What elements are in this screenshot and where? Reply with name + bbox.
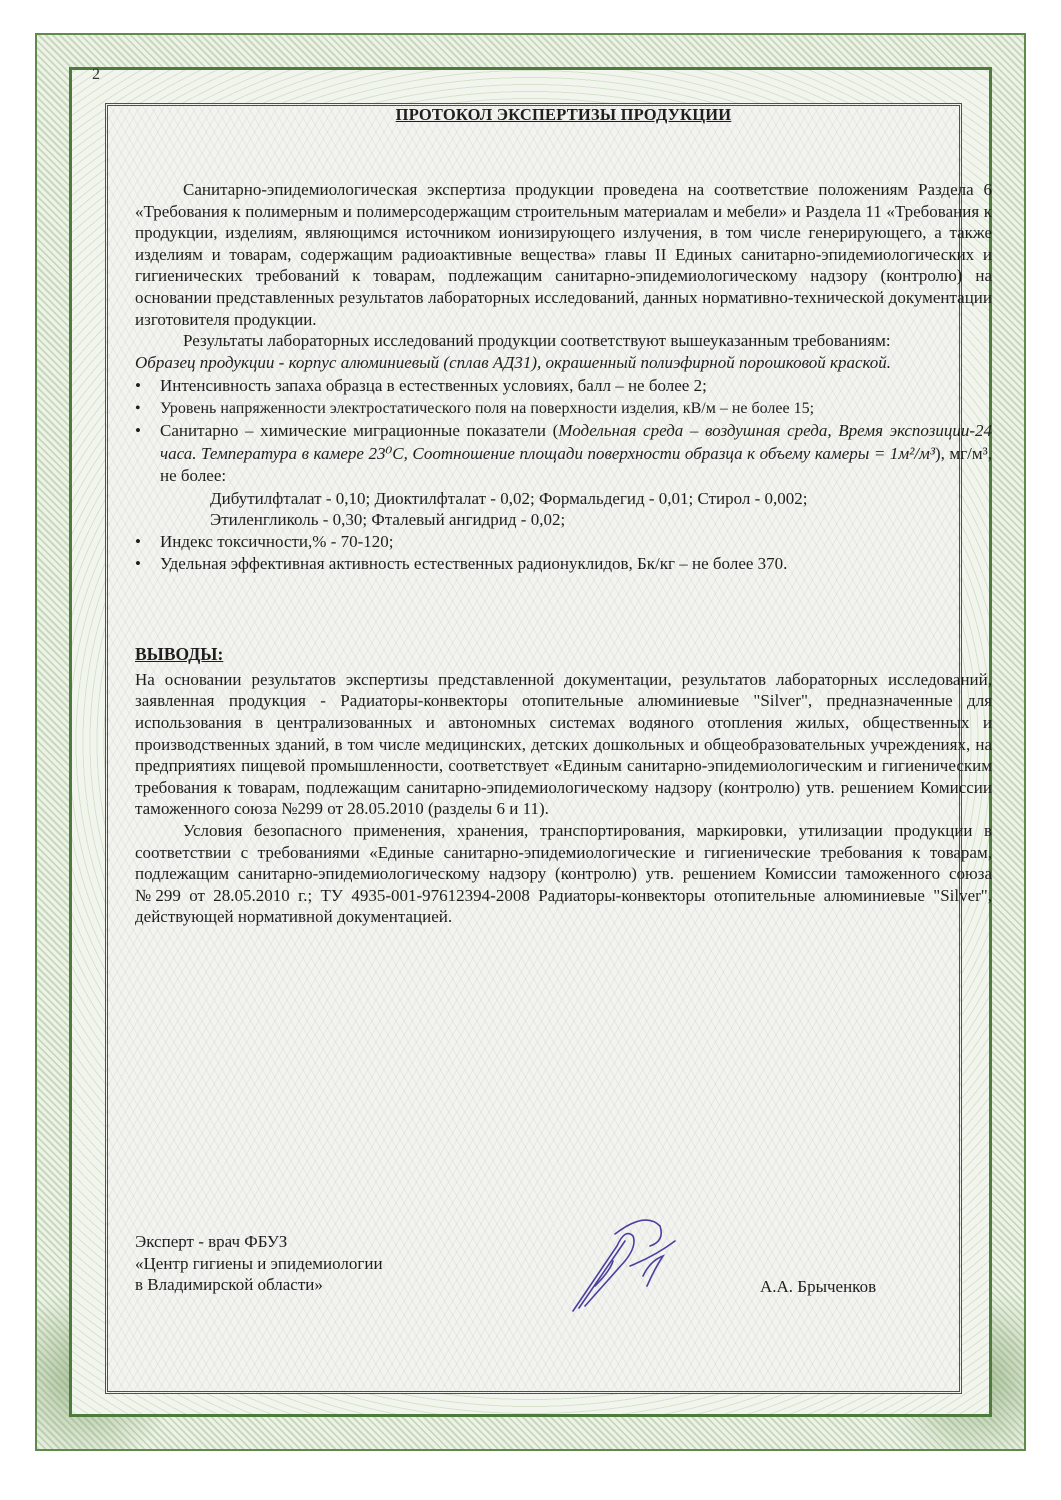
substances-line-2: Этиленгликоль - 0,30; Фталевый ангидрид …	[160, 509, 992, 531]
sample-description: Образец продукции - корпус алюминиевый (…	[135, 352, 992, 374]
conclusion-paragraph: На основании результатов экспертизы пред…	[135, 669, 992, 820]
page-number: 2	[92, 66, 100, 84]
document-content: ПРОТОКОЛ ЭКСПЕРТИЗЫ ПРОДУКЦИИ Санитарно-…	[135, 105, 992, 928]
list-item: •Индекс токсичности,% - 70-120;	[135, 531, 992, 554]
document-title: ПРОТОКОЛ ЭКСПЕРТИЗЫ ПРОДУКЦИИ	[135, 105, 992, 125]
intro-paragraph: Санитарно-эпидемиологическая экспертиза …	[135, 179, 992, 330]
signature-block: Эксперт - врач ФБУЗ «Центр гигиены и эпи…	[135, 1231, 935, 1311]
results-paragraph: Результаты лабораторных исследований про…	[135, 330, 992, 352]
bullet-icon: •	[135, 375, 141, 398]
list-item: •Санитарно – химические миграционные пок…	[135, 420, 992, 531]
bullet-icon: •	[135, 398, 141, 421]
signature-icon	[555, 1206, 715, 1316]
requirements-list: •Интенсивность запаха образца в естестве…	[135, 375, 992, 576]
signatory-name: А.А. Брыченков	[760, 1277, 876, 1297]
conclusions-heading: ВЫВОДЫ:	[135, 644, 992, 665]
conditions-paragraph: Условия безопасного применения, хранения…	[135, 820, 992, 928]
list-item: •Удельная эффективная активность естеств…	[135, 553, 992, 576]
bullet-icon: •	[135, 420, 141, 443]
list-item: •Уровень напряженности электростатическо…	[135, 398, 992, 421]
list-item: •Интенсивность запаха образца в естестве…	[135, 375, 992, 398]
bullet-icon: •	[135, 553, 141, 576]
substances-line-1: Дибутилфталат - 0,10; Диоктилфталат - 0,…	[160, 488, 992, 510]
bullet-icon: •	[135, 531, 141, 554]
